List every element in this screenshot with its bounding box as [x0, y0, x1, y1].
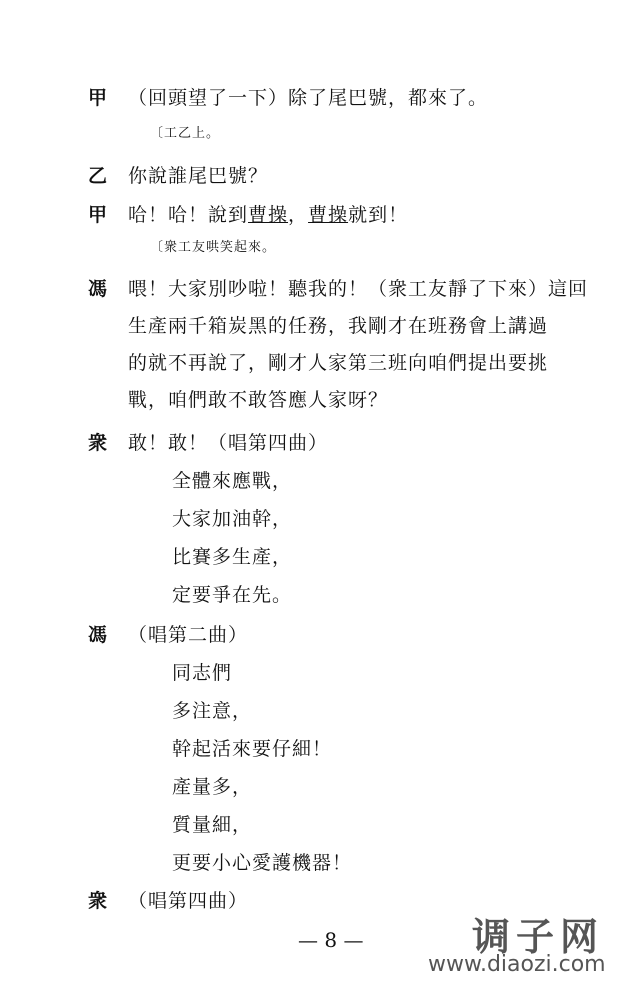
text-part: 就到！: [348, 204, 408, 226]
speaker-feng: 馮: [88, 274, 107, 301]
speaker-feng: 馮: [88, 620, 107, 647]
verse-line: 大家加油幹，: [172, 504, 292, 531]
dialogue-line: 哈！哈！說到曹操，曹操就到！: [128, 200, 408, 227]
verse-line: 質量細，: [172, 810, 252, 837]
verse-line: 定要爭在先。: [172, 580, 292, 607]
underlined-name: 曹操: [308, 204, 348, 226]
speaker-yi: 乙: [88, 161, 107, 188]
verse-line: 產量多，: [172, 772, 252, 799]
dialogue-line: （唱第二曲）: [128, 620, 248, 647]
stage-direction: 〔工乙上。: [150, 122, 220, 141]
underlined-name: 曹操: [248, 204, 288, 226]
verse-line: 比賽多生產，: [172, 542, 292, 569]
dialogue-line: 戰，咱們敢不敢答應人家呀？: [128, 385, 388, 412]
verse-line: 全體來應戰，: [172, 466, 292, 493]
dialogue-line: 敢！敢！（唱第四曲）: [128, 428, 328, 455]
dialogue-line: 的就不再說了，剛才人家第三班向咱們提出要挑: [128, 348, 548, 375]
speaker-zhong: 衆: [88, 428, 107, 455]
watermark-url: www.diaozi.com: [428, 952, 606, 977]
stage-direction: 〔衆工友哄笑起來。: [150, 236, 276, 255]
verse-line: 多注意，: [172, 696, 252, 723]
speaker-zhong: 衆: [88, 886, 107, 913]
speaker-jia: 甲: [88, 200, 107, 227]
verse-line: 同志們: [172, 658, 232, 685]
text-part: ，: [288, 204, 308, 226]
text-part: 哈！哈！說到: [128, 204, 248, 226]
verse-line: 更要小心愛護機器！: [172, 848, 352, 875]
verse-line: 幹起活來要仔細！: [172, 734, 332, 761]
dialogue-line: 喂！大家別吵啦！聽我的！（衆工友靜了下來）這回: [128, 274, 588, 301]
dialogue-line: 生產兩千箱炭黑的任務，我剛才在班務會上講過: [128, 311, 548, 338]
dialogue-line: （唱第四曲）: [128, 886, 248, 913]
page-number: — 8 —: [298, 928, 363, 952]
dialogue-line: 你說誰尾巴號？: [128, 161, 268, 188]
speaker-jia: 甲: [88, 83, 107, 110]
dialogue-line: （回頭望了一下）除了尾巴號，都來了。: [128, 83, 488, 110]
